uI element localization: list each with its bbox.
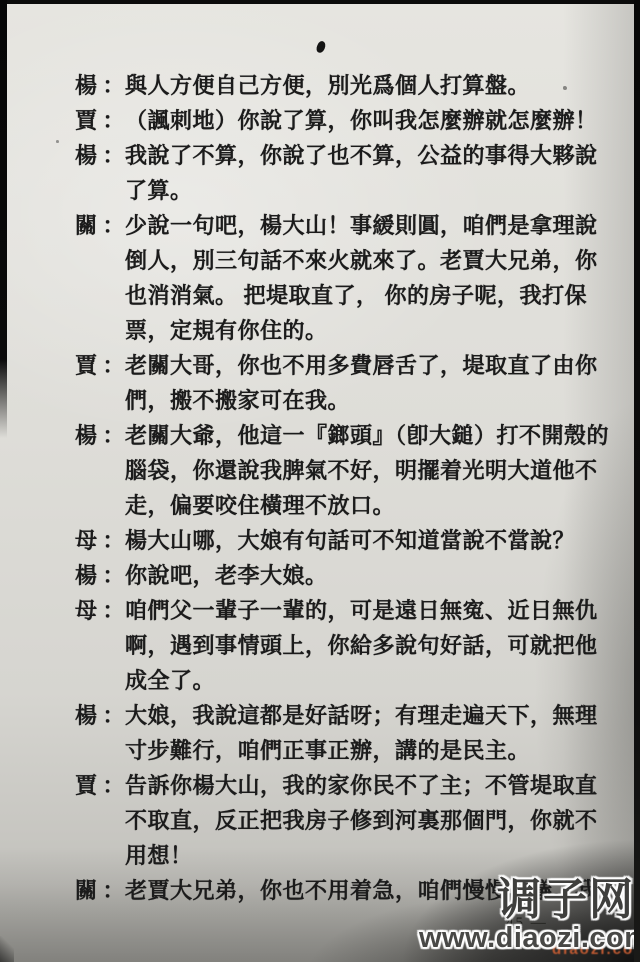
script-line: 走，偏要咬住橫理不放口。 <box>75 488 610 523</box>
dialogue-text: 大娘，我說這都是好話呀；有理走遍天下，無理 <box>125 703 598 728</box>
dialogue-text: （諷刺地）你說了算，你叫我怎麼辦就怎麼辦！ <box>125 108 598 133</box>
speaker-label: 楊： <box>75 138 125 173</box>
speaker-label: 母： <box>75 523 125 558</box>
dialogue-text: 告訴你楊大山，我的家你民不了主；不管堤取直 <box>125 773 598 798</box>
script-line: 楊：你說吧，老李大娘。 <box>75 558 610 593</box>
script-line: 也消消氣。 把堤取直了， 你的房子呢，我打保 <box>75 278 610 313</box>
speaker-label: 母： <box>75 593 125 628</box>
watermark-url: www.diaozi.com <box>419 922 640 954</box>
script-line: 楊：與人方便自己方便，別光爲個人打算盤。 <box>75 68 610 103</box>
speaker-label: 楊： <box>75 418 125 453</box>
dialogue-text: 咱們父一輩子一輩的，可是遠日無寃、近日無仇 <box>125 598 598 623</box>
script-line: 母：咱們父一輩子一輩的，可是遠日無寃、近日無仇 <box>75 593 610 628</box>
script-line: 楊：我說了不算，你說了也不算，公益的事得大夥說 <box>75 138 610 173</box>
scan-edge-right <box>634 0 640 962</box>
scan-edge-left <box>0 0 7 438</box>
speaker-label: 楊： <box>75 68 125 103</box>
dialogue-text: 用想！ <box>125 843 193 868</box>
speaker-label: 關： <box>75 873 125 908</box>
script-line: 們，搬不搬家可在我。 <box>75 383 610 418</box>
dialogue-block: 楊：與人方便自己方便，別光爲個人打算盤。賈：（諷刺地）你說了算，你叫我怎麼辦就怎… <box>75 68 610 908</box>
dialogue-text: 啊，遇到事情頭上，你給多說句好話，可就把他 <box>125 633 598 658</box>
script-line: 成全了。 <box>75 663 610 698</box>
script-line: 腦袋，你還說我脾氣不好，明擺着光明大道他不 <box>75 453 610 488</box>
script-line: 用想！ <box>75 838 610 873</box>
script-line: 楊：大娘，我說這都是好話呀；有理走遍天下，無理 <box>75 698 610 733</box>
dialogue-text: 票，定規有你住的。 <box>125 318 328 343</box>
script-line: 寸步難行，咱們正事正辦，講的是民主。 <box>75 733 610 768</box>
script-line: 不取直，反正把我房子修到河裏那個門，你就不 <box>75 803 610 838</box>
dialogue-text: 少說一句吧，楊大山！事緩則圓，咱們是拿理說 <box>125 213 598 238</box>
script-line: 賈：（諷刺地）你說了算，你叫我怎麼辦就怎麼辦！ <box>75 103 610 138</box>
dialogue-text: 走，偏要咬住橫理不放口。 <box>125 493 395 518</box>
speaker-label: 關： <box>75 208 125 243</box>
script-line: 賈：老關大哥，你也不用多費唇舌了，堤取直了由你 <box>75 348 610 383</box>
speaker-label: 楊： <box>75 698 125 733</box>
dialogue-text: 你說吧，老李大娘。 <box>125 563 328 588</box>
speaker-label: 賈： <box>75 768 125 803</box>
ink-speck <box>563 86 567 90</box>
script-line: 楊：老關大爺，他這一『鎯頭』（卽大鎚）打不開殼的 <box>75 418 610 453</box>
dialogue-text: 成全了。 <box>125 668 215 693</box>
watermark-logo: 调子网 <box>497 876 635 924</box>
ink-speck <box>56 140 59 143</box>
scan-edge-top <box>0 0 640 4</box>
dialogue-text: 寸步難行，咱們正事正辦，講的是民主。 <box>125 738 530 763</box>
dialogue-text: 楊大山哪，大娘有句話可不知道當說不當說？ <box>125 528 575 553</box>
dialogue-text: 也消消氣。 把堤取直了， 你的房子呢，我打保 <box>125 283 587 308</box>
speaker-label: 賈： <box>75 103 125 138</box>
script-line: 票，定規有你住的。 <box>75 313 610 348</box>
dialogue-text: 我說了不算，你說了也不算，公益的事得大夥說 <box>125 143 598 168</box>
script-line: 了算。 <box>75 173 610 208</box>
dialogue-text: 腦袋，你還說我脾氣不好，明擺着光明大道他不 <box>125 458 598 483</box>
dialogue-text: 不取直，反正把我房子修到河裏那個門，你就不 <box>125 808 598 833</box>
dialogue-text: 們，搬不搬家可在我。 <box>125 388 350 413</box>
dialogue-text: 老關大爺，他這一『鎯頭』（卽大鎚）打不開殼的 <box>125 423 609 448</box>
script-line: 啊，遇到事情頭上，你給多說句好話，可就把他 <box>75 628 610 663</box>
dialogue-text: 倒人，別三句話不來火就來了。老賈大兄弟，你 <box>125 248 598 273</box>
script-line: 關：少說一句吧，楊大山！事緩則圓，咱們是拿理說 <box>75 208 610 243</box>
scan-corner-bottom-left <box>0 936 14 962</box>
script-line: 賈：告訴你楊大山，我的家你民不了主；不管堤取直 <box>75 768 610 803</box>
script-line: 母：楊大山哪，大娘有句話可不知道當說不當說？ <box>75 523 610 558</box>
speaker-label: 楊： <box>75 558 125 593</box>
dialogue-text: 了算。 <box>125 178 193 203</box>
dialogue-text: 老關大哥，你也不用多費唇舌了，堤取直了由你 <box>125 353 598 378</box>
scanned-script-page: 楊：與人方便自己方便，別光爲個人打算盤。賈：（諷刺地）你說了算，你叫我怎麼辦就怎… <box>0 0 640 962</box>
dialogue-text: 與人方便自己方便，別光爲個人打算盤。 <box>125 73 530 98</box>
script-line: 倒人，別三句話不來火就來了。老賈大兄弟，你 <box>75 243 610 278</box>
speaker-label: 賈： <box>75 348 125 383</box>
